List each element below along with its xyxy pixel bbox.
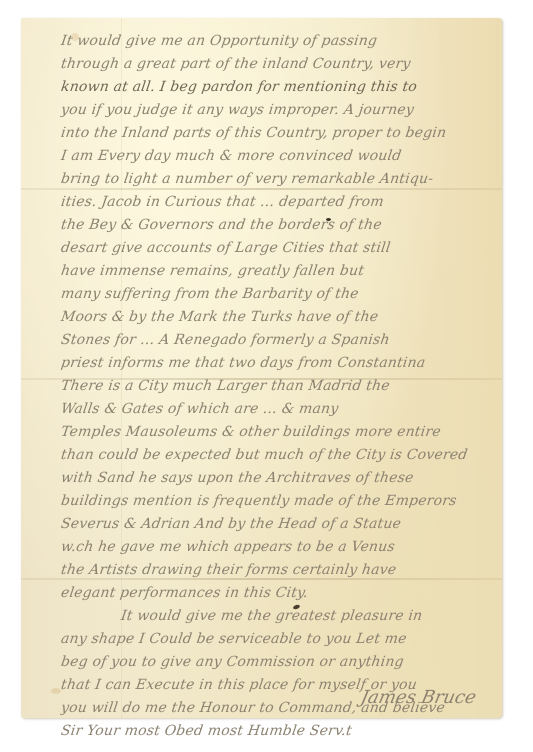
letter-line: Sir Your most Obed most Humble Serv.t [59, 720, 500, 743]
letter-line: There is a City much Larger than Madrid … [59, 375, 500, 398]
letter-line: with Sand he says upon the Architraves o… [59, 467, 500, 490]
letter-line: It would give me an Opportunity of passi… [59, 30, 500, 53]
letter-line: known at all. I beg pardon for mentionin… [59, 76, 500, 99]
signature: James Bruce [359, 687, 478, 708]
letter-line: Stones for ... A Renegado formerly a Spa… [59, 329, 500, 352]
letter-line: have immense remains, greatly fallen but [59, 260, 500, 283]
letter-line: through a great part of the inland Count… [59, 53, 500, 76]
letter-line: the Artists drawing their forms certainl… [59, 559, 500, 582]
letter-line: ities. Jacob in Curious that ... departe… [59, 191, 500, 214]
letter-line: Temples Mausoleums & other buildings mor… [59, 421, 500, 444]
letter-line: into the Inland parts of this Country, p… [59, 122, 500, 145]
letter-line: w.ch he gave me which appears to be a Ve… [59, 536, 500, 559]
letter-line: Severus & Adrian And by the Head of a St… [59, 513, 500, 536]
letter-line: beg of you to give any Commission or any… [59, 651, 500, 674]
letter-line: priest informs me that two days from Con… [59, 352, 500, 375]
letter-line: any shape I Could be serviceable to you … [59, 628, 500, 651]
letter-line: many suffering from the Barbarity of the [59, 283, 500, 306]
letter-line: bring to light a number of very remarkab… [59, 168, 500, 191]
letter-line: It would give me the greatest pleasure i… [59, 605, 500, 628]
letter-line: than could be expected but much of the C… [59, 444, 500, 467]
letter-line: Moors & by the Mark the Turks have of th… [59, 306, 500, 329]
letter-line: Walls & Gates of which are ... & many [59, 398, 500, 421]
letter-line: I am Every day much & more convinced wou… [59, 145, 500, 168]
letter-line: the Bey & Governors and the borders of t… [59, 214, 500, 237]
letter-line: you if you judge it any ways improper. A… [59, 99, 500, 122]
letter-line: elegant performances in this City. [59, 582, 500, 605]
letter-line: desart give accounts of Large Cities tha… [59, 237, 500, 260]
letter-body: It would give me an Opportunity of passi… [61, 30, 499, 743]
letter-paper: It would give me an Opportunity of passi… [21, 18, 502, 718]
letter-line: buildings mention is frequently made of … [59, 490, 500, 513]
